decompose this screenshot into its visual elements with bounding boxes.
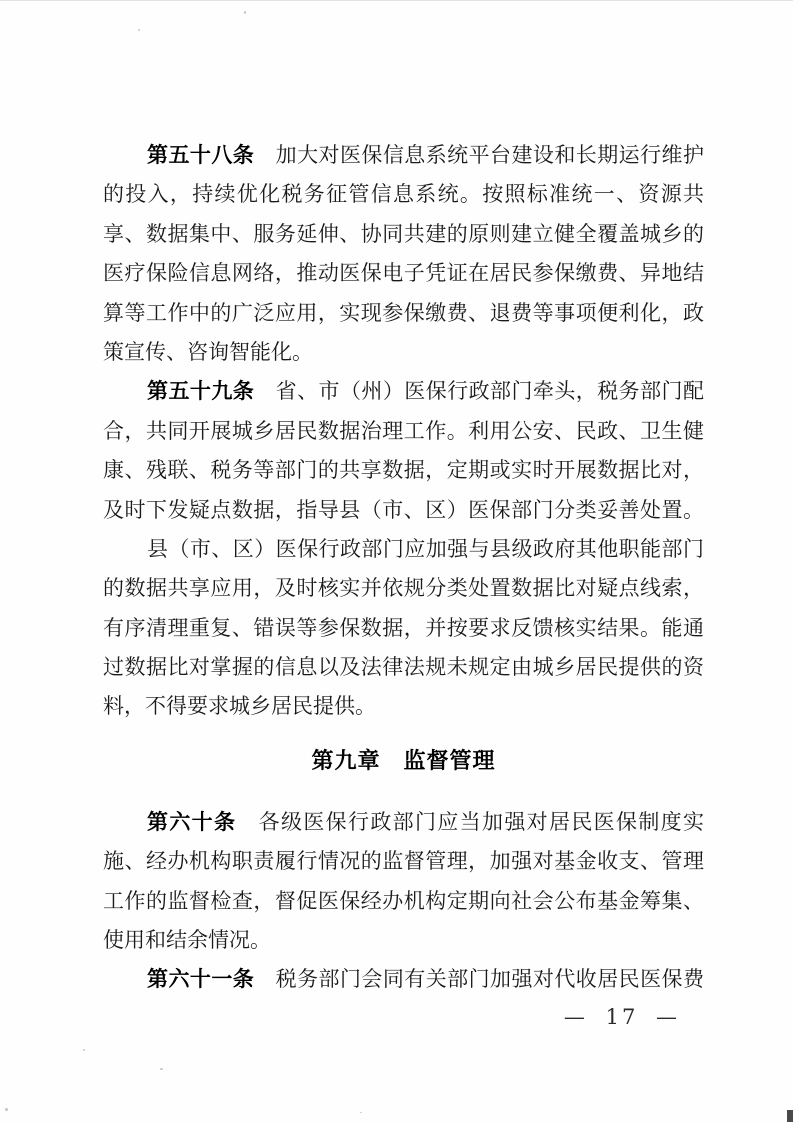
line-text: 过数据比对掌握的信息以及法律法规未规定由城乡居民提供的资	[103, 655, 704, 679]
body-line: 康、残联、税务等部门的共享数据，定期或实时开展数据比对，	[103, 451, 704, 490]
line-text: 县（市、区）医保行政部门应加强与县级政府其他职能部门	[147, 537, 704, 561]
body-line: 料，不得要求城乡居民提供。	[103, 687, 704, 726]
line-text: 省、市（州）医保行政部门牵头，税务部门配	[254, 379, 704, 403]
scan-edge-line	[0, 0, 793, 1]
line-text: 税务部门会同有关部门加强对代收居民医保费	[254, 967, 704, 991]
line-text: 工作的监督检查，督促医保经办机构定期向社会公布基金筹集、	[103, 889, 704, 913]
line-text: 算等工作中的广泛应用，实现参保缴费、退费等事项便利化，政	[103, 301, 704, 325]
page-number: — 17 —	[0, 1004, 704, 1030]
line-text: 康、残联、税务等部门的共享数据，定期或实时开展数据比对，	[103, 458, 704, 482]
chapter-heading: 第九章 监督管理	[103, 740, 704, 784]
body-line: 第五十九条 省、市（州）医保行政部门牵头，税务部门配	[103, 372, 704, 411]
scan-speck	[138, 29, 140, 31]
line-text: 合，共同开展城乡居民数据治理工作。利用公安、民政、卫生健	[103, 419, 704, 443]
body-line: 策宣传、咨询智能化。	[103, 333, 704, 372]
article-number: 第五十八条	[147, 143, 254, 167]
scan-speck	[160, 1068, 163, 1070]
line-text: 及时下发疑点数据，指导县（市、区）医保部门分类妥善处置。	[103, 498, 704, 522]
line-text: 有序清理重复、错误等参保数据，并按要求反馈核实结果。能通	[103, 616, 704, 640]
document-body: 第五十八条 加大对医保信息系统平台建设和长期运行维护 的投入，持续优化税务征管信…	[103, 136, 704, 1000]
body-line: 第六十条 各级医保行政部门应当加强对居民医保制度实	[103, 803, 704, 842]
body-line: 第五十八条 加大对医保信息系统平台建设和长期运行维护	[103, 136, 704, 175]
body-line: 的投入，持续优化税务征管信息系统。按照标准统一、资源共	[103, 175, 704, 214]
scan-speck	[244, 11, 246, 14]
line-text: 各级医保行政部门应当加强对居民医保制度实	[236, 810, 704, 834]
line-text: 的投入，持续优化税务征管信息系统。按照标准统一、资源共	[103, 182, 704, 206]
article-number: 第五十九条	[147, 379, 254, 403]
body-line: 过数据比对掌握的信息以及法律法规未规定由城乡居民提供的资	[103, 648, 704, 687]
body-line: 使用和结余情况。	[103, 921, 704, 960]
line-text: 策宣传、咨询智能化。	[103, 340, 313, 364]
line-text: 享、数据集中、服务延伸、协同共建的原则建立健全覆盖城乡的	[103, 222, 704, 246]
body-line: 及时下发疑点数据，指导县（市、区）医保部门分类妥善处置。	[103, 491, 704, 530]
body-line: 算等工作中的广泛应用，实现参保缴费、退费等事项便利化，政	[103, 294, 704, 333]
line-text: 施、经办机构职责履行情况的监督管理，加强对基金收支、管理	[103, 849, 704, 873]
article-number: 第六十一条	[147, 967, 254, 991]
line-text: 医疗保险信息网络，推动医保电子凭证在居民参保缴费、异地结	[103, 261, 704, 285]
body-line: 县（市、区）医保行政部门应加强与县级政府其他职能部门	[103, 530, 704, 569]
line-text: 的数据共享应用，及时核实并依规分类处置数据比对疑点线索，	[103, 576, 704, 600]
body-line: 享、数据集中、服务延伸、协同共建的原则建立健全覆盖城乡的	[103, 215, 704, 254]
line-text: 使用和结余情况。	[103, 928, 271, 952]
article-number: 第六十条	[147, 810, 236, 834]
scan-speck	[360, 1112, 362, 1113]
body-line: 医疗保险信息网络，推动医保电子凭证在居民参保缴费、异地结	[103, 254, 704, 293]
body-line: 的数据共享应用，及时核实并依规分类处置数据比对疑点线索，	[103, 569, 704, 608]
scan-speck	[5, 1108, 8, 1111]
line-text: 料，不得要求城乡居民提供。	[103, 694, 376, 718]
document-page: 第五十八条 加大对医保信息系统平台建设和长期运行维护 的投入，持续优化税务征管信…	[0, 0, 793, 1122]
body-line: 合，共同开展城乡居民数据治理工作。利用公安、民政、卫生健	[103, 412, 704, 451]
scan-corner-mark	[787, 1110, 793, 1122]
line-text: 加大对医保信息系统平台建设和长期运行维护	[254, 143, 704, 167]
body-line: 施、经办机构职责履行情况的监督管理，加强对基金收支、管理	[103, 842, 704, 881]
body-line: 工作的监督检查，督促医保经办机构定期向社会公布基金筹集、	[103, 882, 704, 921]
scan-speck	[83, 1049, 85, 1051]
body-line: 有序清理重复、错误等参保数据，并按要求反馈核实结果。能通	[103, 609, 704, 648]
body-line: 第六十一条 税务部门会同有关部门加强对代收居民医保费	[103, 960, 704, 999]
